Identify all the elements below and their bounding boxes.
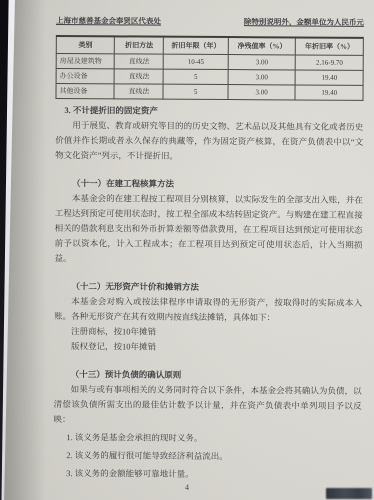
table-cell: 10-45 — [164, 54, 229, 69]
doc-paragraph: 用于展览、教育或研究等目的的历史文物、艺术品以及其他具有文化或者历史价值并作长期… — [55, 118, 363, 165]
header-right-note: 除特别说明外，金额单位为人民币元 — [244, 14, 364, 30]
table-header-cell: 折旧年限（年） — [164, 37, 229, 55]
doc-paragraph: 本基金会对购入或按法律程序申请取得的无形资产，按取得时的实际成本入账。各种无形资… — [54, 294, 362, 326]
doc-line: 版权登记，按10年摊销 — [54, 339, 362, 356]
doc-list-item: 2. 该义务的履行很可能导致经济利益流出。 — [53, 448, 361, 465]
table-cell: 直线法 — [114, 69, 163, 84]
table-header-row: 类别折旧方法折旧年限（年）净残值率（%）年折旧率（%） — [56, 36, 363, 55]
table-header-cell: 类别 — [56, 36, 114, 54]
doc-paragraph: 如果与或有事项相关的义务同时符合以下条件，本基金会将其确认为负债，以清偿该负债所… — [53, 382, 361, 429]
table-cell: 5 — [163, 84, 228, 99]
table-row: 其他设备直线法53.0019.40 — [56, 84, 363, 101]
table-header-cell: 年折旧率（%） — [296, 37, 364, 55]
table-cell: 直线法 — [114, 84, 163, 99]
timestamp-watermark — [326, 488, 372, 499]
page-number: 4 — [0, 483, 374, 492]
doc-list-item: 1. 该义务是基金会承担的现时义务。 — [53, 430, 361, 447]
table-cell: 19.40 — [295, 85, 363, 100]
table-cell: 3.00 — [228, 70, 296, 85]
table-cell: 19.40 — [296, 70, 364, 85]
document-content: 上海市慈善基金会奉贤区代表处 除特别说明外，金额单位为人民币元 类别折旧方法折旧… — [53, 13, 364, 483]
photo-background: 上海市慈善基金会奉贤区代表处 除特别说明外，金额单位为人民币元 类别折旧方法折旧… — [0, 0, 374, 500]
table-cell: 其他设备 — [56, 84, 114, 99]
table-header-cell: 净残值率（%） — [228, 37, 296, 55]
table-cell: 办公设备 — [56, 69, 114, 84]
table-cell: 直线法 — [114, 54, 163, 69]
doc-paragraph: 本基金会的在建工程按工程项目分别核算，以实际发生的全部支出入账，并在工程达到预定… — [54, 191, 362, 268]
depreciation-table: 类别折旧方法折旧年限（年）净残值率（%）年折旧率（%） 房屋及建筑物直线法10-… — [55, 35, 363, 101]
table-cell: 3.00 — [228, 55, 296, 70]
table-cell: 房屋及建筑物 — [56, 54, 114, 69]
document-header: 上海市慈善基金会奉贤区代表处 除特别说明外，金额单位为人民币元 — [56, 13, 364, 30]
table-cell: 3.00 — [228, 85, 296, 100]
table-cell: 2.16-9.70 — [296, 55, 364, 70]
header-left-title: 上海市慈善基金会奉贤区代表处 — [56, 13, 161, 29]
table-cell: 5 — [164, 69, 229, 84]
document-body: 3. 不计提折旧的固定资产用于展览、教育或研究等目的的历史文物、艺术品以及其他具… — [53, 103, 363, 483]
table-header-cell: 折旧方法 — [115, 36, 164, 54]
doc-list-item: 3. 该义务的金额能够可靠地计量。 — [53, 466, 361, 483]
